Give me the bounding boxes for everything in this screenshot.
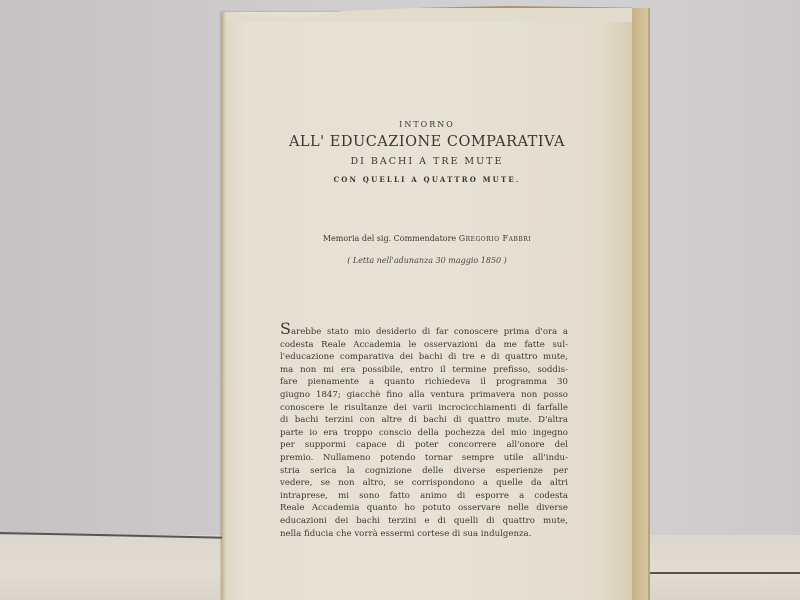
- document-title: ALL' EDUCAZIONE COMPARATIVA: [282, 134, 572, 150]
- body-line: intraprese, mi sono fatto animo di espor…: [280, 490, 568, 503]
- document-page: INTORNO ALL' EDUCAZIONE COMPARATIVA DI B…: [222, 12, 632, 600]
- body-line: fare pienamente a quanto richiedeva il p…: [280, 376, 568, 389]
- body-line: premio. Nullameno potendo tornar sempre …: [280, 452, 568, 465]
- body-paragraph: Sarebbe stato mio desiderio di far conos…: [280, 324, 568, 540]
- body-line: Sarebbe stato mio desiderio di far conos…: [280, 324, 568, 339]
- author-name: Gregorio Fabbri: [459, 234, 531, 243]
- document-subtitle-secondary: CON QUELLI A QUATTRO MUTE.: [282, 175, 572, 184]
- body-line: per suppormi capace di poter concorrere …: [280, 439, 568, 452]
- drop-cap: S: [280, 319, 291, 338]
- body-line: nella fiducia che vorrà essermi cortese …: [280, 528, 568, 541]
- heading-intro: INTORNO: [282, 120, 572, 129]
- body-line: ma non mi era possibile, entro il termin…: [280, 364, 568, 377]
- title-block: INTORNO ALL' EDUCAZIONE COMPARATIVA DI B…: [282, 120, 572, 184]
- body-line: l'educazione comparativa dei bachi di tr…: [280, 351, 568, 364]
- author-prefix: Memoria del sig. Commendatore: [323, 234, 459, 243]
- document-subtitle: DI BACHI A TRE MUTE: [282, 156, 572, 167]
- body-line: vedere, se non altro, se corrispondono a…: [280, 477, 568, 490]
- author-line: Memoria del sig. Commendatore Gregorio F…: [282, 234, 572, 243]
- body-line: stria serica la cognizione delle diverse…: [280, 465, 568, 478]
- body-line: di bachi terzini con altre di bachi di q…: [280, 414, 568, 427]
- read-date: ( Letta nell'adunanza 30 maggio 1850 ): [282, 256, 572, 265]
- body-line: conoscere le risultanze dei varii incroc…: [280, 402, 568, 415]
- body-line: giugno 1847; giacchè fino alla ventura p…: [280, 389, 568, 402]
- shelf-edge-line: [630, 572, 800, 574]
- body-line: codesta Reale Accademia le osservazioni …: [280, 339, 568, 352]
- body-line: educazioni dei bachi terzini e di quelli…: [280, 515, 568, 528]
- body-line: parte io era troppo conscio della pochez…: [280, 427, 568, 440]
- body-line: Reale Accademia quanto ho potuto osserva…: [280, 502, 568, 515]
